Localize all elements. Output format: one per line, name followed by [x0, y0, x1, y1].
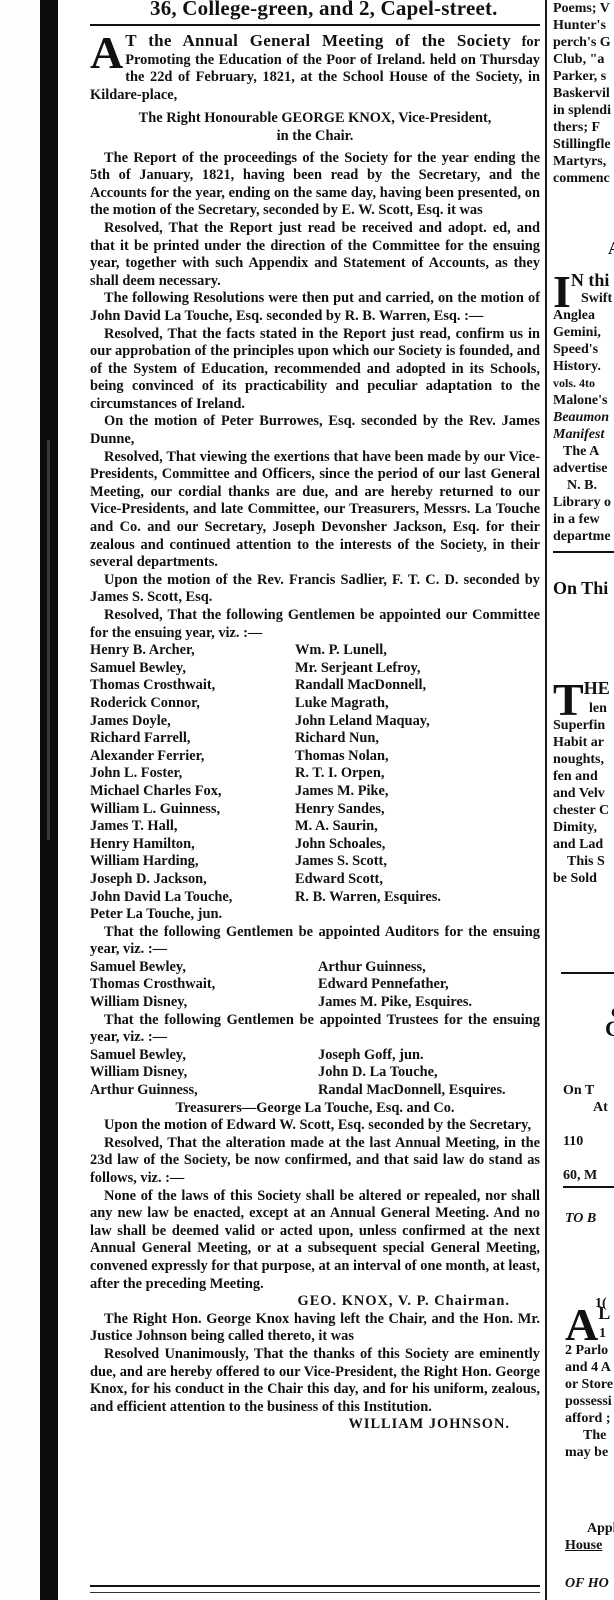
paragraph-resolved-unanimously: Resolved Unanimously, That the thanks of…	[90, 1346, 540, 1416]
committee-name: James S. Scott,	[295, 853, 540, 871]
committee-name: Richard Nun,	[295, 730, 540, 748]
committee-name: Richard Farrell,	[90, 730, 295, 748]
fragment-line: Speed's	[553, 341, 614, 358]
trustee-name: Samuel Bewley,	[90, 1047, 318, 1065]
trustee-name: William Disney,	[90, 1064, 318, 1082]
committee-name: William L. Guinness,	[90, 801, 295, 819]
fragment-line: Beaumon	[553, 409, 614, 426]
signature-johnson: WILLIAM JOHNSON.	[90, 1416, 540, 1434]
right-block-books: Poems; V Hunter's perch's G Club, "a Par…	[553, 0, 611, 187]
committee-name: James T. Hall,	[90, 818, 295, 836]
committee-name: Samuel Bewley,	[90, 660, 295, 678]
paragraph-scott-motion: Upon the motion of Edward W. Scott, Esq.…	[90, 1117, 540, 1135]
committee-name: Mr. Serjeant Lefroy,	[295, 660, 540, 678]
fragment-line: Superfin	[553, 717, 610, 734]
committee-name: John L. Foster,	[90, 765, 295, 783]
fragment-line: perch's G	[553, 34, 611, 51]
auditor-name: James M. Pike, Esquires.	[318, 994, 540, 1012]
committee-name: Luke Magrath,	[295, 695, 540, 713]
committee-name: Henry Hamilton,	[90, 836, 295, 854]
committee-name: R. B. Warren, Esquires.	[295, 889, 540, 907]
committee-name: William Harding,	[90, 853, 295, 871]
fragment-line: Baskervil	[553, 85, 611, 102]
fragment-line: and Velv	[553, 785, 610, 802]
fragment-drop-cap: A	[565, 1305, 598, 1345]
binding-gutter	[40, 0, 58, 1600]
committee-name: Henry B. Archer,	[90, 642, 295, 660]
trustees-list: Samuel Bewley, Joseph Goff, jun. William…	[90, 1047, 540, 1100]
fragment-line: Gemini,	[553, 324, 614, 341]
fragment-line: chester C	[553, 802, 610, 819]
drop-cap: A	[90, 34, 123, 72]
fragment-line: in a few	[553, 511, 614, 528]
committee-name: Roderick Connor,	[90, 695, 295, 713]
right-block-auction: On T At 110 60, M	[563, 1082, 614, 1188]
fragment-line: possessi	[565, 1393, 613, 1410]
committee-list: Henry B. Archer, Wm. P. Lunell, Samuel B…	[90, 642, 540, 924]
fragment-line: This S	[553, 853, 610, 870]
right-heading-a: A	[608, 240, 614, 257]
fragment-drop-cap: I	[553, 272, 571, 312]
right-block-catalogue: IN thi Swift Anglea Gemini, Speed's Hist…	[553, 272, 614, 559]
paragraph-report: The Report of the proceedings of the Soc…	[90, 150, 540, 220]
fragment-line: Club, "a	[553, 51, 611, 68]
fragment-line: thers; F	[553, 119, 611, 136]
fragment-line: advertise	[553, 460, 614, 477]
fragment-line: 110	[563, 1133, 614, 1150]
fragment-line: On T	[563, 1082, 614, 1099]
fragment-drop-cap: T	[553, 680, 584, 720]
right-block-drapery: THE len Superfin Habit ar noughts, fen a…	[553, 680, 610, 887]
fragment-line: Library o	[553, 494, 614, 511]
committee-name: Thomas Nolan,	[295, 748, 540, 766]
fragment-line: departme	[553, 528, 614, 545]
paragraph-resolved-alteration: Resolved, That the alteration made at th…	[90, 1135, 540, 1188]
fragment-line: or Store	[565, 1376, 613, 1393]
chair-line-1: The Right Honourable GEORGE KNOX, Vice-P…	[90, 110, 540, 128]
committee-name: Peter La Touche, jun.	[90, 906, 295, 924]
fragment-line: and 4 A	[565, 1359, 613, 1376]
committee-name: Michael Charles Fox,	[90, 783, 295, 801]
fragment-rule	[561, 972, 614, 974]
paragraph-resolutions-carried: The following Resolutions were then put …	[90, 290, 540, 325]
fragment-line: The	[565, 1427, 613, 1444]
fragment-line: Malone's	[553, 392, 614, 409]
fragment-line: Habit ar	[553, 734, 610, 751]
fragment-line: and Lad	[553, 836, 610, 853]
fragment-line: History.	[553, 358, 614, 375]
fragment-line: 2 Parlo	[565, 1342, 613, 1359]
fragment-line: vols. 4to	[553, 375, 614, 392]
fragment-line: noughts,	[553, 751, 610, 768]
fragment-line: Appl	[565, 1520, 614, 1537]
masthead-address: 36, College-green, and 2, Capel-street.	[150, 0, 498, 21]
committee-name: Joseph D. Jackson,	[90, 871, 295, 889]
fragment-line: Anglea	[553, 307, 614, 324]
paragraph-knox-left-chair: The Right Hon. George Knox having left t…	[90, 1311, 540, 1346]
trustee-name: Joseph Goff, jun.	[318, 1047, 540, 1065]
auditor-name: Samuel Bewley,	[90, 959, 318, 977]
chair-line-2: in the Chair.	[90, 128, 540, 146]
fragment-line: N thi	[571, 270, 610, 290]
lead-paragraph: A T the Annual General Meeting of the So…	[90, 32, 540, 104]
paragraph-resolved-facts: Resolved, That the facts stated in the R…	[90, 326, 540, 414]
auditor-name: Arthur Guinness,	[318, 959, 540, 977]
column-rule	[545, 0, 547, 1600]
committee-name: Edward Scott,	[295, 871, 540, 889]
fragment-line: Dimity,	[553, 819, 610, 836]
committee-name: James M. Pike,	[295, 783, 540, 801]
fragment-line: may be	[565, 1444, 613, 1461]
fragment-line: Hunter's	[553, 17, 611, 34]
committee-name: Wm. P. Lunell,	[295, 642, 540, 660]
paragraph-trustees-intro: That the following Gentlemen be appointe…	[90, 1012, 540, 1047]
fragment-line: The A	[553, 443, 614, 460]
right-block-apply: Appl House	[565, 1520, 614, 1554]
article-body: A T the Annual General Meeting of the So…	[90, 32, 540, 1434]
fragment-line: At	[563, 1099, 614, 1116]
trustee-name: Randal MacDonnell, Esquires.	[318, 1082, 540, 1100]
main-column: 36, College-green, and 2, Capel-street. …	[90, 0, 540, 1600]
paragraph-committee-intro: Resolved, That the following Gentlemen b…	[90, 607, 540, 642]
paragraph-law-text: None of the laws of this Society shall b…	[90, 1188, 540, 1294]
fragment-line: HE	[584, 678, 610, 698]
committee-name: James Doyle,	[90, 713, 295, 731]
committee-name: John Schoales,	[295, 836, 540, 854]
article-end-rule	[90, 1585, 540, 1587]
paragraph-sadlier-motion: Upon the motion of the Rev. Francis Sadl…	[90, 572, 540, 607]
fragment-line: Poems; V	[553, 0, 611, 17]
right-heading-on-this: On Thi	[553, 580, 608, 597]
fragment-line: Stillingfle	[553, 136, 611, 153]
fragment-line: fen and	[553, 768, 610, 785]
paragraph-resolved-thanks: Resolved, That viewing the exertions tha…	[90, 449, 540, 572]
fragment-line: be Sold	[553, 870, 610, 887]
paragraph-auditors-intro: That the following Gentlemen be appointe…	[90, 924, 540, 959]
committee-name: John David La Touche,	[90, 889, 295, 907]
trustee-name: Arthur Guinness,	[90, 1082, 318, 1100]
auditor-name: William Disney,	[90, 994, 318, 1012]
auditor-name: Edward Pennefather,	[318, 976, 540, 994]
fragment-line: N. B.	[553, 477, 614, 494]
right-block-house-to-let: AL 1 2 Parlo and 4 A or Store possessi a…	[565, 1305, 613, 1461]
committee-name: Randall MacDonnell,	[295, 677, 540, 695]
auditors-list: Samuel Bewley, Arthur Guinness, Thomas C…	[90, 959, 540, 1012]
treasurers-line: Treasurers—George La Touche, Esq. and Co…	[90, 1100, 540, 1118]
fragment-line: Martyrs,	[553, 153, 611, 170]
committee-name: Alexander Ferrier,	[90, 748, 295, 766]
lead-first-line: T the Annual General Meeting of the Soci…	[125, 31, 511, 50]
paragraph-resolved-adopt: Resolved, That the Report just read be r…	[90, 220, 540, 290]
fragment-line: L	[598, 1303, 610, 1323]
fragment-line: in splendi	[553, 102, 611, 119]
fragment-line: commenc	[553, 170, 611, 187]
committee-name: R. T. I. Orpen,	[295, 765, 540, 783]
fragment-rule	[553, 551, 614, 553]
trustee-name: John D. La Touche,	[318, 1064, 540, 1082]
committee-name: Thomas Crosthwait,	[90, 677, 295, 695]
signature-chairman: GEO. KNOX, V. P. Chairman.	[90, 1293, 540, 1311]
auditor-name: Thomas Crosthwait,	[90, 976, 318, 994]
right-column-fragment: Poems; V Hunter's perch's G Club, "a Par…	[553, 0, 614, 1600]
committee-name	[295, 906, 540, 924]
right-heading-c: C	[605, 1020, 614, 1037]
fragment-line: 60, M	[563, 1167, 614, 1184]
right-heading-of-ho: OF HO	[565, 1575, 609, 1592]
fragment-line: Parker, s	[553, 68, 611, 85]
right-heading-to-be: TO B	[565, 1210, 596, 1227]
paragraph-burrowes-motion: On the motion of Peter Burrowes, Esq. se…	[90, 413, 540, 448]
fragment-line: afford ;	[565, 1410, 613, 1427]
fragment-line: Manifest	[553, 426, 614, 443]
committee-name: John Leland Maquay,	[295, 713, 540, 731]
committee-name: Henry Sandes,	[295, 801, 540, 819]
fragment-line: House	[565, 1537, 614, 1554]
fragment-rule	[563, 1186, 614, 1188]
page-left-margin	[0, 0, 40, 1600]
masthead-rule	[90, 24, 540, 26]
committee-name: M. A. Saurin,	[295, 818, 540, 836]
